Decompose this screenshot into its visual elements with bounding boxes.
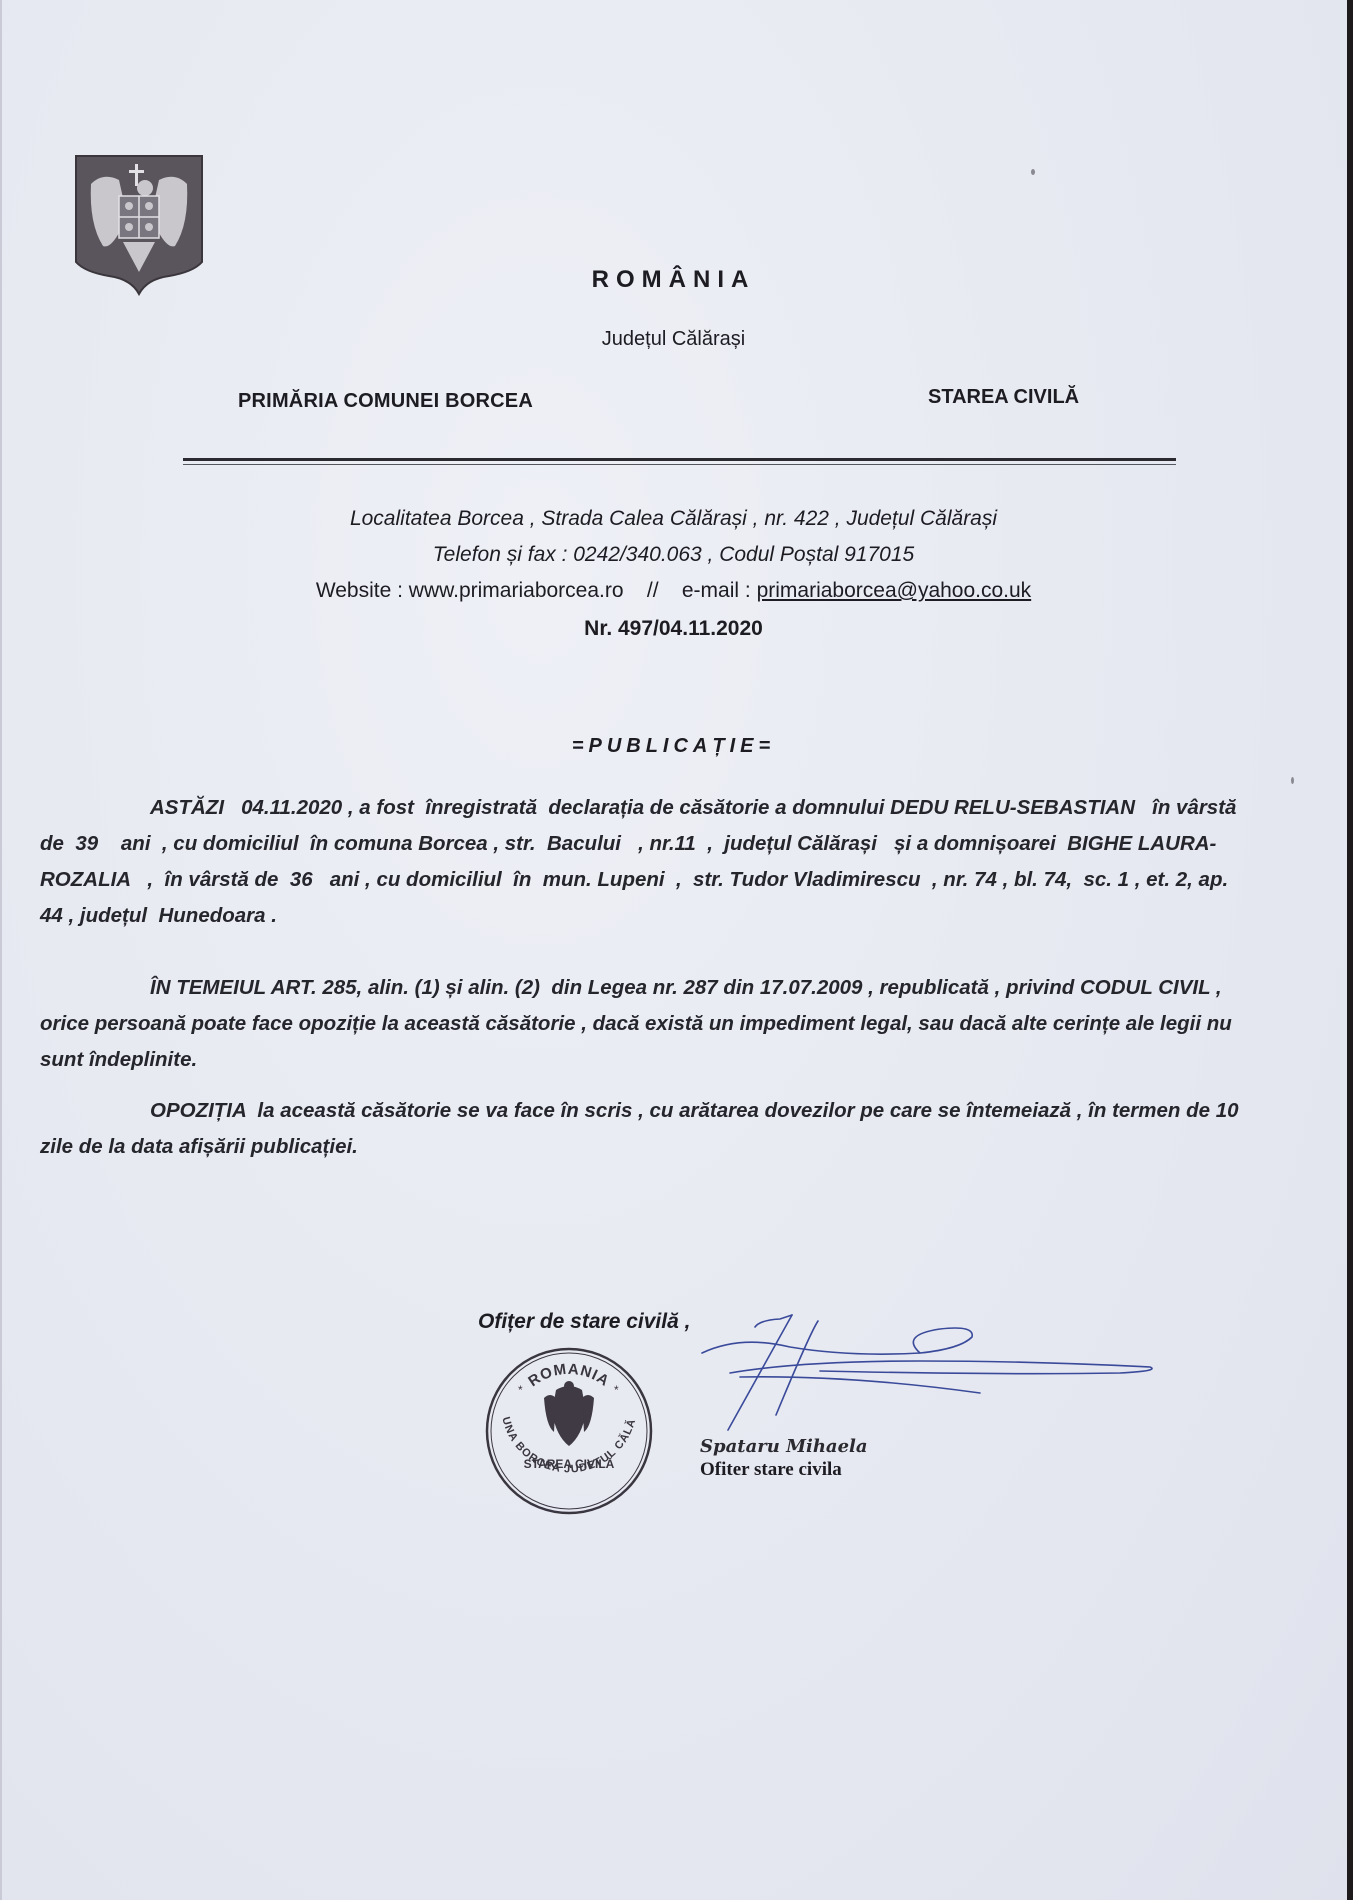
website-label: Website : www.primariaborcea.ro // e-mai…: [316, 579, 757, 602]
signer-name: Spataru Mihaela: [700, 1436, 868, 1457]
website-email-line: Website : www.primariaborcea.ro // e-mai…: [0, 579, 1347, 603]
paragraph-text: ÎN TEMEIUL ART. 285, alin. (1) și alin. …: [40, 976, 1237, 1071]
address-line: Localitatea Borcea , Strada Calea Călăra…: [0, 507, 1347, 531]
svg-text:*: *: [614, 1383, 619, 1397]
email-link[interactable]: primariaborcea@yahoo.co.uk: [757, 579, 1032, 602]
paragraph-text: OPOZIȚIA la această căsătorie se va face…: [40, 1099, 1244, 1158]
publication-paragraph-declaration: ASTĂZI 04.11.2020 , a fost înregistrată …: [40, 790, 1255, 934]
department-name: STAREA CIVILĂ: [928, 386, 1079, 409]
publication-paragraph-legal-basis: ÎN TEMEIUL ART. 285, alin. (1) și alin. …: [40, 970, 1255, 1078]
institution-name: PRIMĂRIA COMUNEI BORCEA: [238, 390, 533, 413]
document-page: ROMÂNIA Județul Călărași PRIMĂRIA COMUNE…: [0, 0, 1347, 1900]
handwritten-signature-icon: [700, 1305, 1160, 1435]
header-divider: [183, 458, 1176, 461]
paragraph-text: ASTĂZI 04.11.2020 , a fost înregistrată …: [40, 796, 1242, 927]
phone-line: Telefon și fax : 0242/340.063 , Codul Po…: [0, 543, 1347, 567]
officer-label: Ofițer de stare civilă ,: [478, 1310, 690, 1334]
header-divider-thin: [183, 464, 1176, 465]
scan-speck: [1031, 169, 1035, 175]
publication-title: =PUBLICAȚIE=: [0, 735, 1347, 758]
county-name: Județul Călărași: [0, 328, 1347, 351]
scan-speck: [1291, 777, 1294, 784]
country-heading: ROMÂNIA: [0, 266, 1347, 294]
official-seal-icon: ROMANIA COMUNA BORCEA JUDEȚUL CĂLĂRAȘI *…: [484, 1346, 654, 1516]
registration-number: Nr. 497/04.11.2020: [0, 617, 1347, 641]
publication-paragraph-opposition: OPOZIȚIA la această căsătorie se va face…: [40, 1093, 1255, 1165]
svg-text:*: *: [518, 1383, 523, 1397]
signer-title: Ofiter stare civila: [700, 1459, 842, 1481]
scan-right-edge: [1347, 0, 1353, 1900]
stamp-center-text: STAREA CIVILĂ: [524, 1456, 615, 1471]
